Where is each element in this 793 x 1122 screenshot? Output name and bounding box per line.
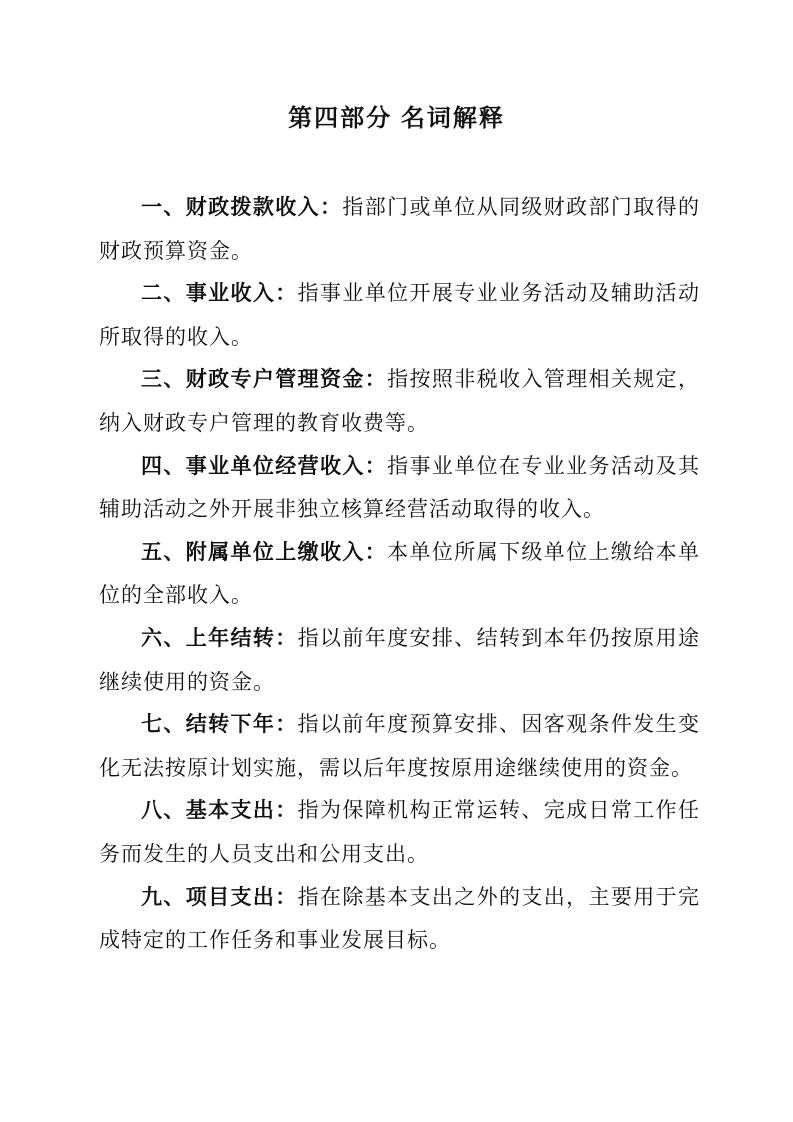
definition-item-4: 四、事业单位经营收入：指事业单位在专业业务活动及其辅助活动之外开展非独立核算经营… [99,445,700,531]
definition-item-7: 七、结转下年：指以前年度预算安排、因客观条件发生变化无法按原计划实施，需以后年度… [99,703,700,789]
document-page: 第四部分 名词解释 一、财政拨款收入：指部门或单位从同级财政部门取得的财政预算资… [0,0,793,1122]
term-label-8: 八、基本支出： [141,799,298,822]
definitions-list: 一、财政拨款收入：指部门或单位从同级财政部门取得的财政预算资金。 二、事业收入：… [99,186,700,962]
definition-item-2: 二、事业收入：指事业单位开展专业业务活动及辅助活动所取得的收入。 [99,272,700,358]
definition-item-5: 五、附属单位上缴收入：本单位所属下级单位上缴给本单位的全部收入。 [99,531,700,617]
term-label-9: 九、项目支出： [141,886,298,909]
term-label-5: 五、附属单位上缴收入： [141,541,387,564]
definition-item-8: 八、基本支出：指为保障机构正常运转、完成日常工作任务而发生的人员支出和公用支出。 [99,789,700,875]
definition-item-9: 九、项目支出：指在除基本支出之外的支出，主要用于完成特定的工作任务和事业发展目标… [99,876,700,962]
term-label-1: 一、财政拨款收入： [141,196,342,219]
term-label-4: 四、事业单位经营收入： [141,455,387,478]
term-label-6: 六、上年结转： [141,627,298,650]
definition-item-3: 三、财政专户管理资金：指按照非税收入管理相关规定，纳入财政专户管理的教育收费等。 [99,358,700,444]
definition-item-1: 一、财政拨款收入：指部门或单位从同级财政部门取得的财政预算资金。 [99,186,700,272]
page-title: 第四部分 名词解释 [0,0,793,135]
term-label-2: 二、事业收入： [141,282,298,305]
term-label-3: 三、财政专户管理资金： [141,368,387,391]
definition-item-6: 六、上年结转：指以前年度安排、结转到本年仍按原用途继续使用的资金。 [99,617,700,703]
term-label-7: 七、结转下年： [141,713,298,736]
